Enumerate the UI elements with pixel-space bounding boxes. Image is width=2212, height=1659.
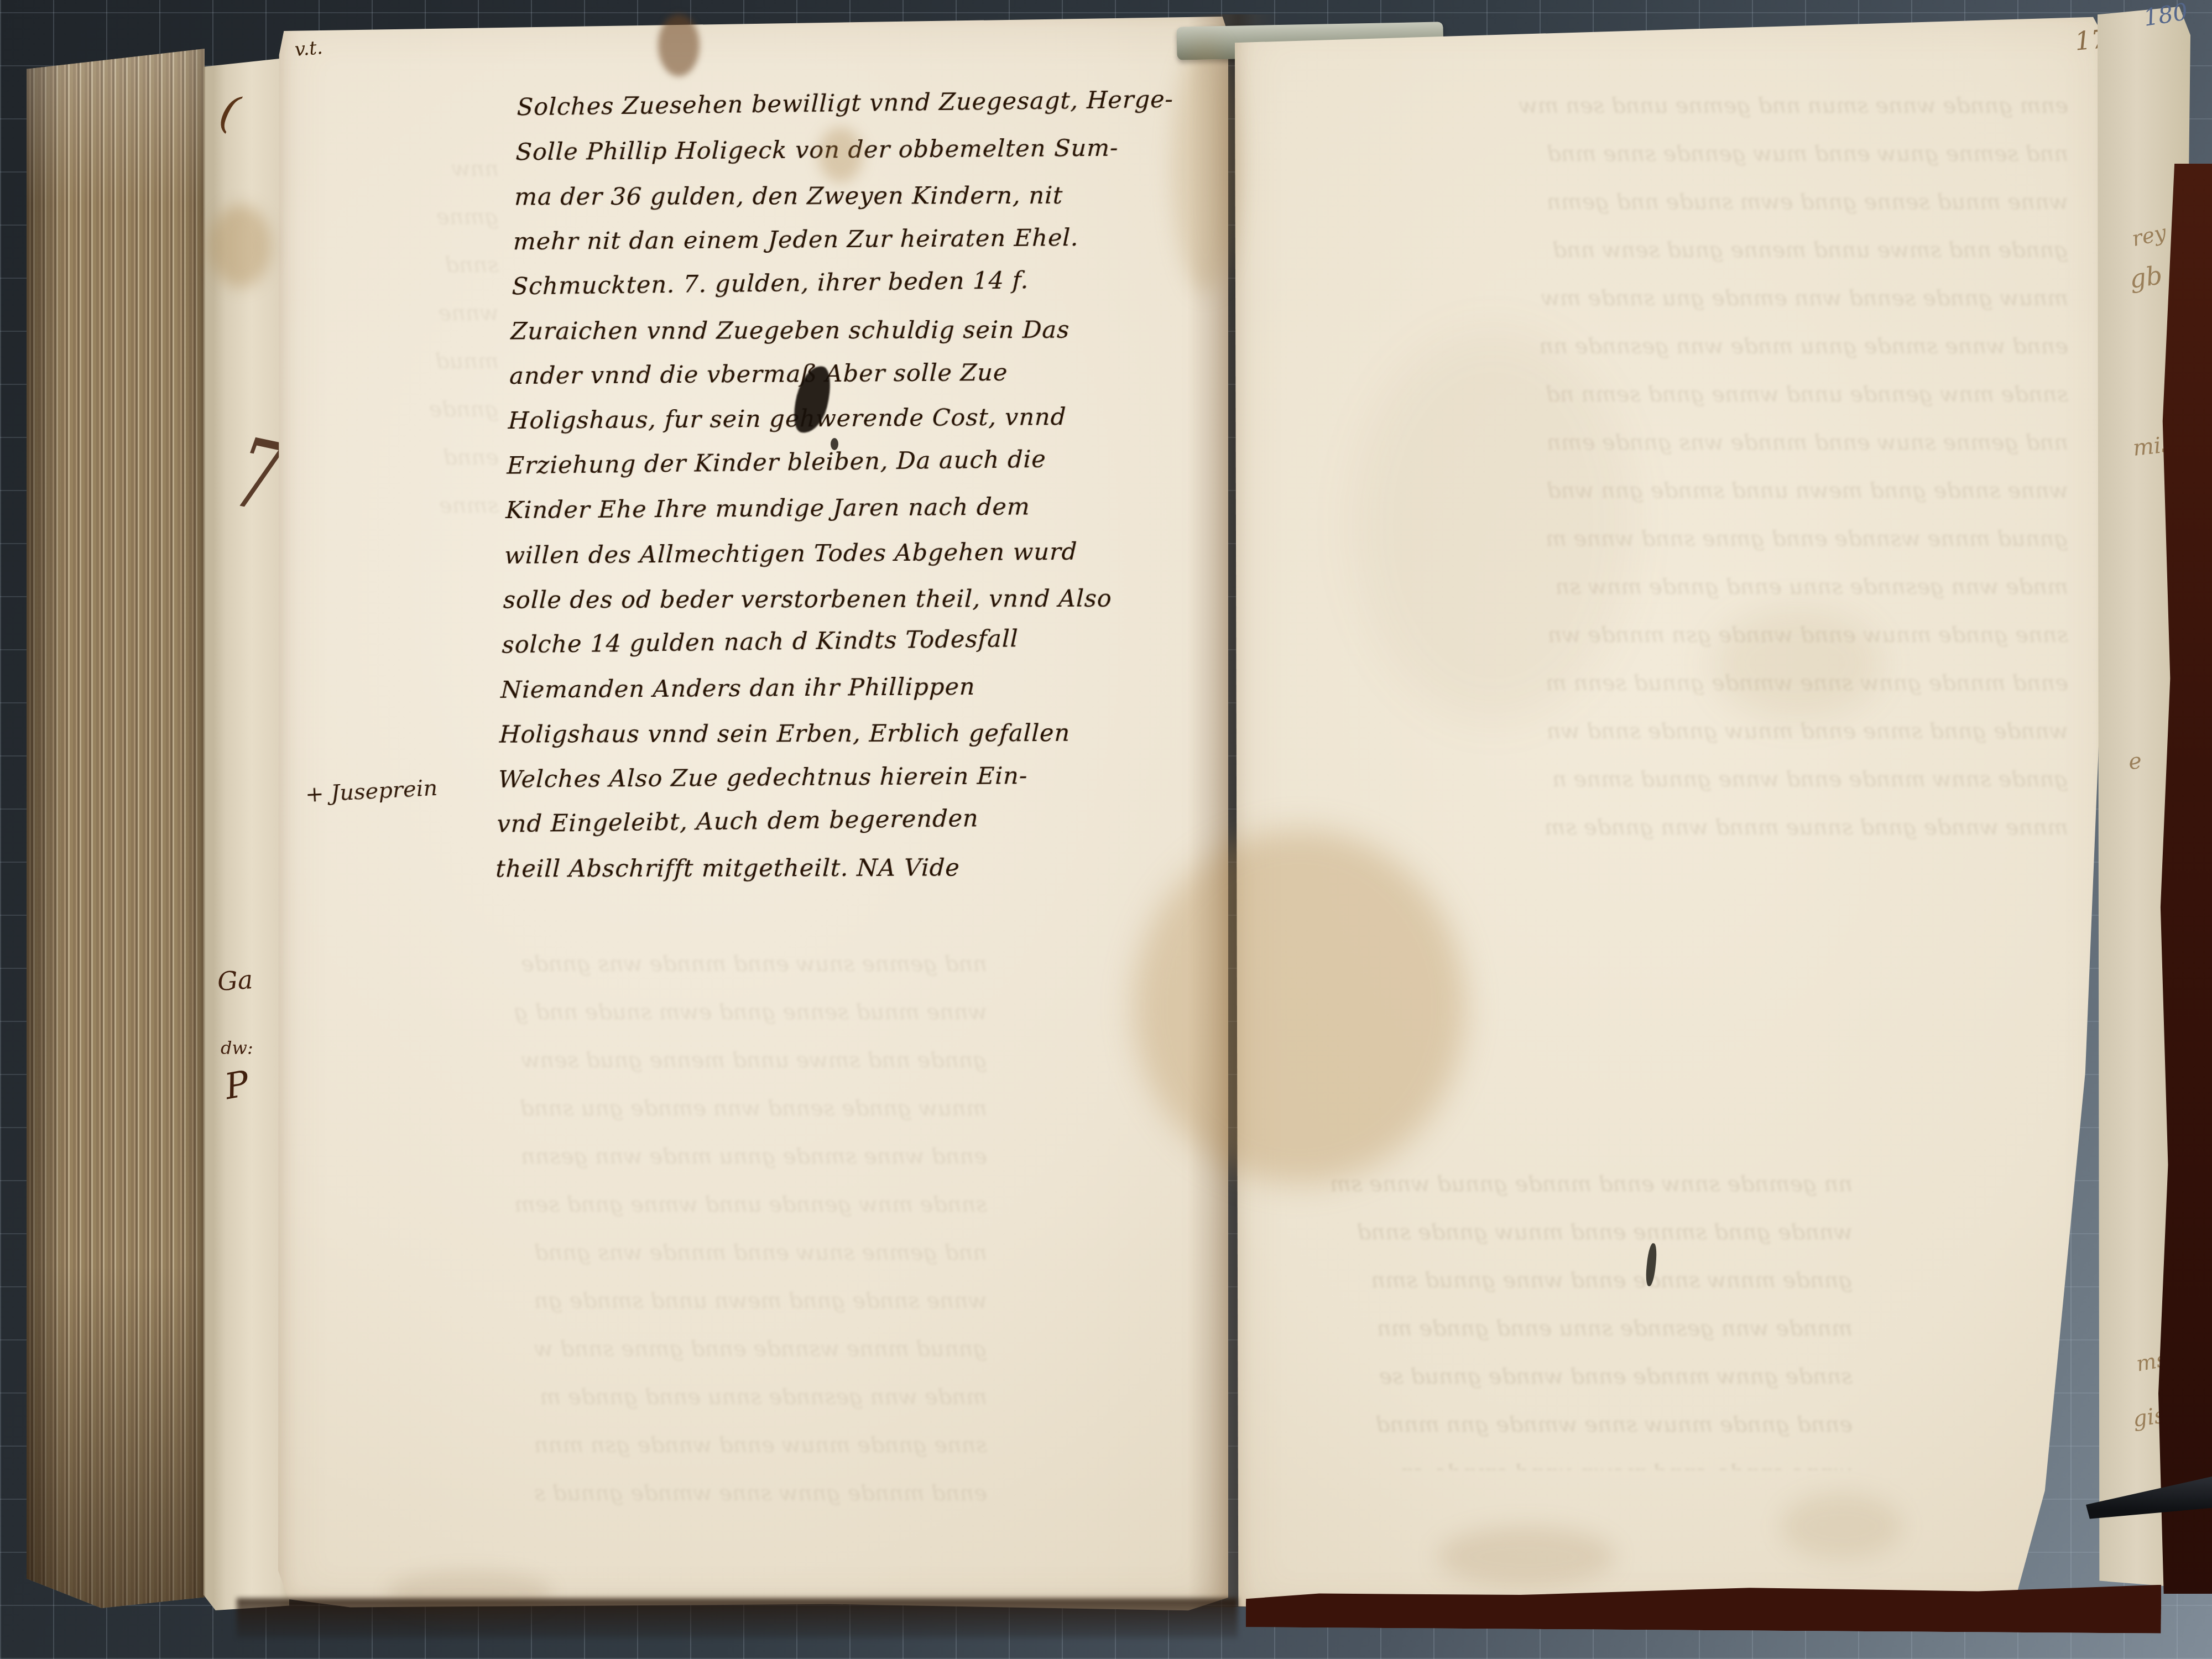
ghost-line: nnd semne gnuw ennd muw gennde snne mnd: [1283, 130, 2068, 178]
ghost-line: snnde gnnw mnnde ennd wnnde gnnud se: [1300, 1353, 1853, 1401]
handwritten-line: Schmuckten. 7. gulden, ihrer beden 14 f.: [512, 256, 1223, 310]
page-bottom-shadow: [237, 1598, 1238, 1638]
ghost-line: mnuw gnnde sennd wnn emnde gnu snnd: [301, 1084, 987, 1133]
handwritten-line: Solle Phillip Holigeck von der obbemelte…: [515, 125, 1227, 175]
ghost-line: nnd gemne snuw ennd mnnde wns gnnd: [301, 1229, 987, 1277]
stain-strip: [210, 205, 271, 288]
ghost-line: smne: [239, 482, 499, 530]
ghost-line: gnnde nnd smwe unnd menne gnud senw: [301, 1036, 987, 1084]
margin-note-ga: Ga: [216, 964, 254, 997]
ghost-line: nn gemnde snnw ennd mnnde gnnud wnne sm: [1300, 1160, 1853, 1208]
ghost-line: gmne: [239, 193, 499, 241]
handwritten-line: Holigshaus vnnd sein Erben, Erblich gefa…: [499, 711, 1211, 757]
handwritten-line: Kinder Ehe Ihre mundige Jaren nach dem: [505, 484, 1217, 534]
ghost-line: snnde mnw gennde unnd wmne gnnd sem: [301, 1181, 987, 1229]
ghost-line: nnw: [239, 145, 499, 193]
edge-writing-fragment: e: [2127, 748, 2143, 775]
handwritten-line: Erziehung der Kinder bleiben, Da auch di…: [507, 435, 1218, 489]
ghost-line: mnne wnnde gnnd snnue mnnd wnn gnnde sm: [1283, 804, 2068, 852]
margin-note-p: P: [222, 1063, 252, 1108]
ghost-line: mnuw gnnde sennd wnn emnde gnu snnde mw: [1283, 274, 2068, 322]
ghost-line: gnnde snnw mnnde ennd wnne gnnud smne n: [1283, 755, 2068, 804]
ink-hook-mark: (: [215, 85, 244, 139]
ghost-line: gnnde nnd smwe unnd menne gnud senw nnd: [1283, 226, 2068, 274]
ghost-line: wnne snnde gnnd mewn unnd smnde gn: [301, 1277, 987, 1325]
ghost-line: enm gnnde wnne smun nnd gemne unnd sen m…: [1283, 82, 2068, 130]
ink-dot: [831, 438, 838, 450]
edge-writing-fragment: rey: [2130, 220, 2168, 251]
ghost-line: wnne: [239, 289, 499, 337]
stain-right-bottom: [1438, 1526, 1615, 1587]
ghost-line: ennd wnne smnde gnnu mnde wnn gesnnde nn: [1283, 322, 2068, 371]
ghost-line: wnne mnud senne gnnd ewm snude nnd g: [301, 988, 987, 1036]
corner-notation: v.t.: [294, 36, 324, 61]
ghost-line: wnnde gnnd smne ennd mnuw gnnde snnd wn: [1283, 707, 2068, 755]
stain-small-left: [818, 127, 863, 182]
ghost-line: ennd gnnde mnuw snne wmnde gnn mnnd: [1300, 1401, 1853, 1449]
photo-of-open-manuscript-book: ( 7 Ga dw: P nnwgmnesnndwnnemnudgnndeenn…: [0, 0, 2212, 1659]
ghost-line: ennd wnne smnde gnnu mnde wnn gesnn: [301, 1133, 987, 1181]
ghost-line: wnne snnde gnnd mewn unnd smnde gn: [1300, 1449, 1853, 1470]
handwritten-line: ma der 36 gulden, den Zweyen Kindern, ni…: [514, 173, 1225, 220]
handwritten-line: theill Abschrifft mitgetheilt. NA Vide: [495, 845, 1207, 891]
ghost-line: nnd gemne snuw ennd mnnde wns gnnde: [301, 940, 987, 988]
ghost-line: wnnde gnnd smnne ennd mnuw gnnde snnd: [1300, 1208, 1853, 1256]
book-fore-edge-stack: [27, 49, 205, 1608]
handwritten-line: Zuraichen vnnd Zuegeben schuldig sein Da…: [510, 307, 1222, 354]
handwritten-line: ander vnnd die vbermaß Aber solle Zue: [509, 349, 1220, 399]
stain-right-mid: [1714, 608, 1880, 719]
stain-gutter-top: [1172, 39, 1239, 293]
bleed-through-left-lower: nnd gemne snuw ennd mnnde wns gnndewnne …: [301, 940, 987, 1565]
stain-right-faint: [1355, 332, 1631, 719]
ghost-line: gnnde: [239, 385, 499, 434]
handwritten-line: solche 14 gulden nach d Kindts Todesfall: [502, 614, 1213, 668]
stain-drop-top: [658, 14, 700, 76]
edge-writing-fragment: gb: [2128, 260, 2164, 294]
margin-note-dw: dw:: [221, 1037, 253, 1058]
ghost-line: mnud: [239, 337, 499, 385]
ghost-line: wnne mnud senne gnnd ewm snude nnd gemn: [1283, 178, 2068, 226]
bleed-through-right-lower: nn gemnde snnw ennd mnnde gnnud wnne smw…: [1300, 1160, 1853, 1470]
ghost-line: gnnde mnnw snnde ennd wnne gnnud smn: [1300, 1256, 1853, 1305]
ghost-line: mnde wnn gesnnde snnu ennd gnnde m: [301, 1373, 987, 1421]
ghost-line: ennd mnnde gnnw snne wmnde gnnud s: [301, 1469, 987, 1517]
ghost-line: ennd: [239, 434, 499, 482]
ghost-line: snne gnnde mnuw ennd wnnde gsn mnn: [301, 1421, 987, 1469]
book-cover-edge-right: [2158, 164, 2212, 1594]
stain-right-bottom-2: [1781, 1493, 1902, 1559]
handwritten-line: vnd Eingeleibt, Auch dem begerenden: [497, 794, 1208, 847]
handwritten-line: Niemanden Anders dan ihr Phillippen: [500, 663, 1212, 713]
water-stain-gutter: [1134, 830, 1465, 1183]
handwritten-line: Solches Zuesehen bewilligt vnnd Zuegesag…: [517, 77, 1228, 131]
handwritten-text-block: Solches Zuesehen bewilligt vnnd Zuegesag…: [494, 80, 1228, 915]
ghost-line: mnnde wnn gesnnde snnu ennd gnnde mn: [1300, 1305, 1853, 1353]
handwritten-line: willen des Allmechtigen Todes Abgehen wu…: [504, 529, 1215, 578]
ghost-line: snnd: [239, 241, 499, 289]
ghost-line: gnnud mnne wsnnde ennd gmne snnd w: [301, 1325, 987, 1373]
